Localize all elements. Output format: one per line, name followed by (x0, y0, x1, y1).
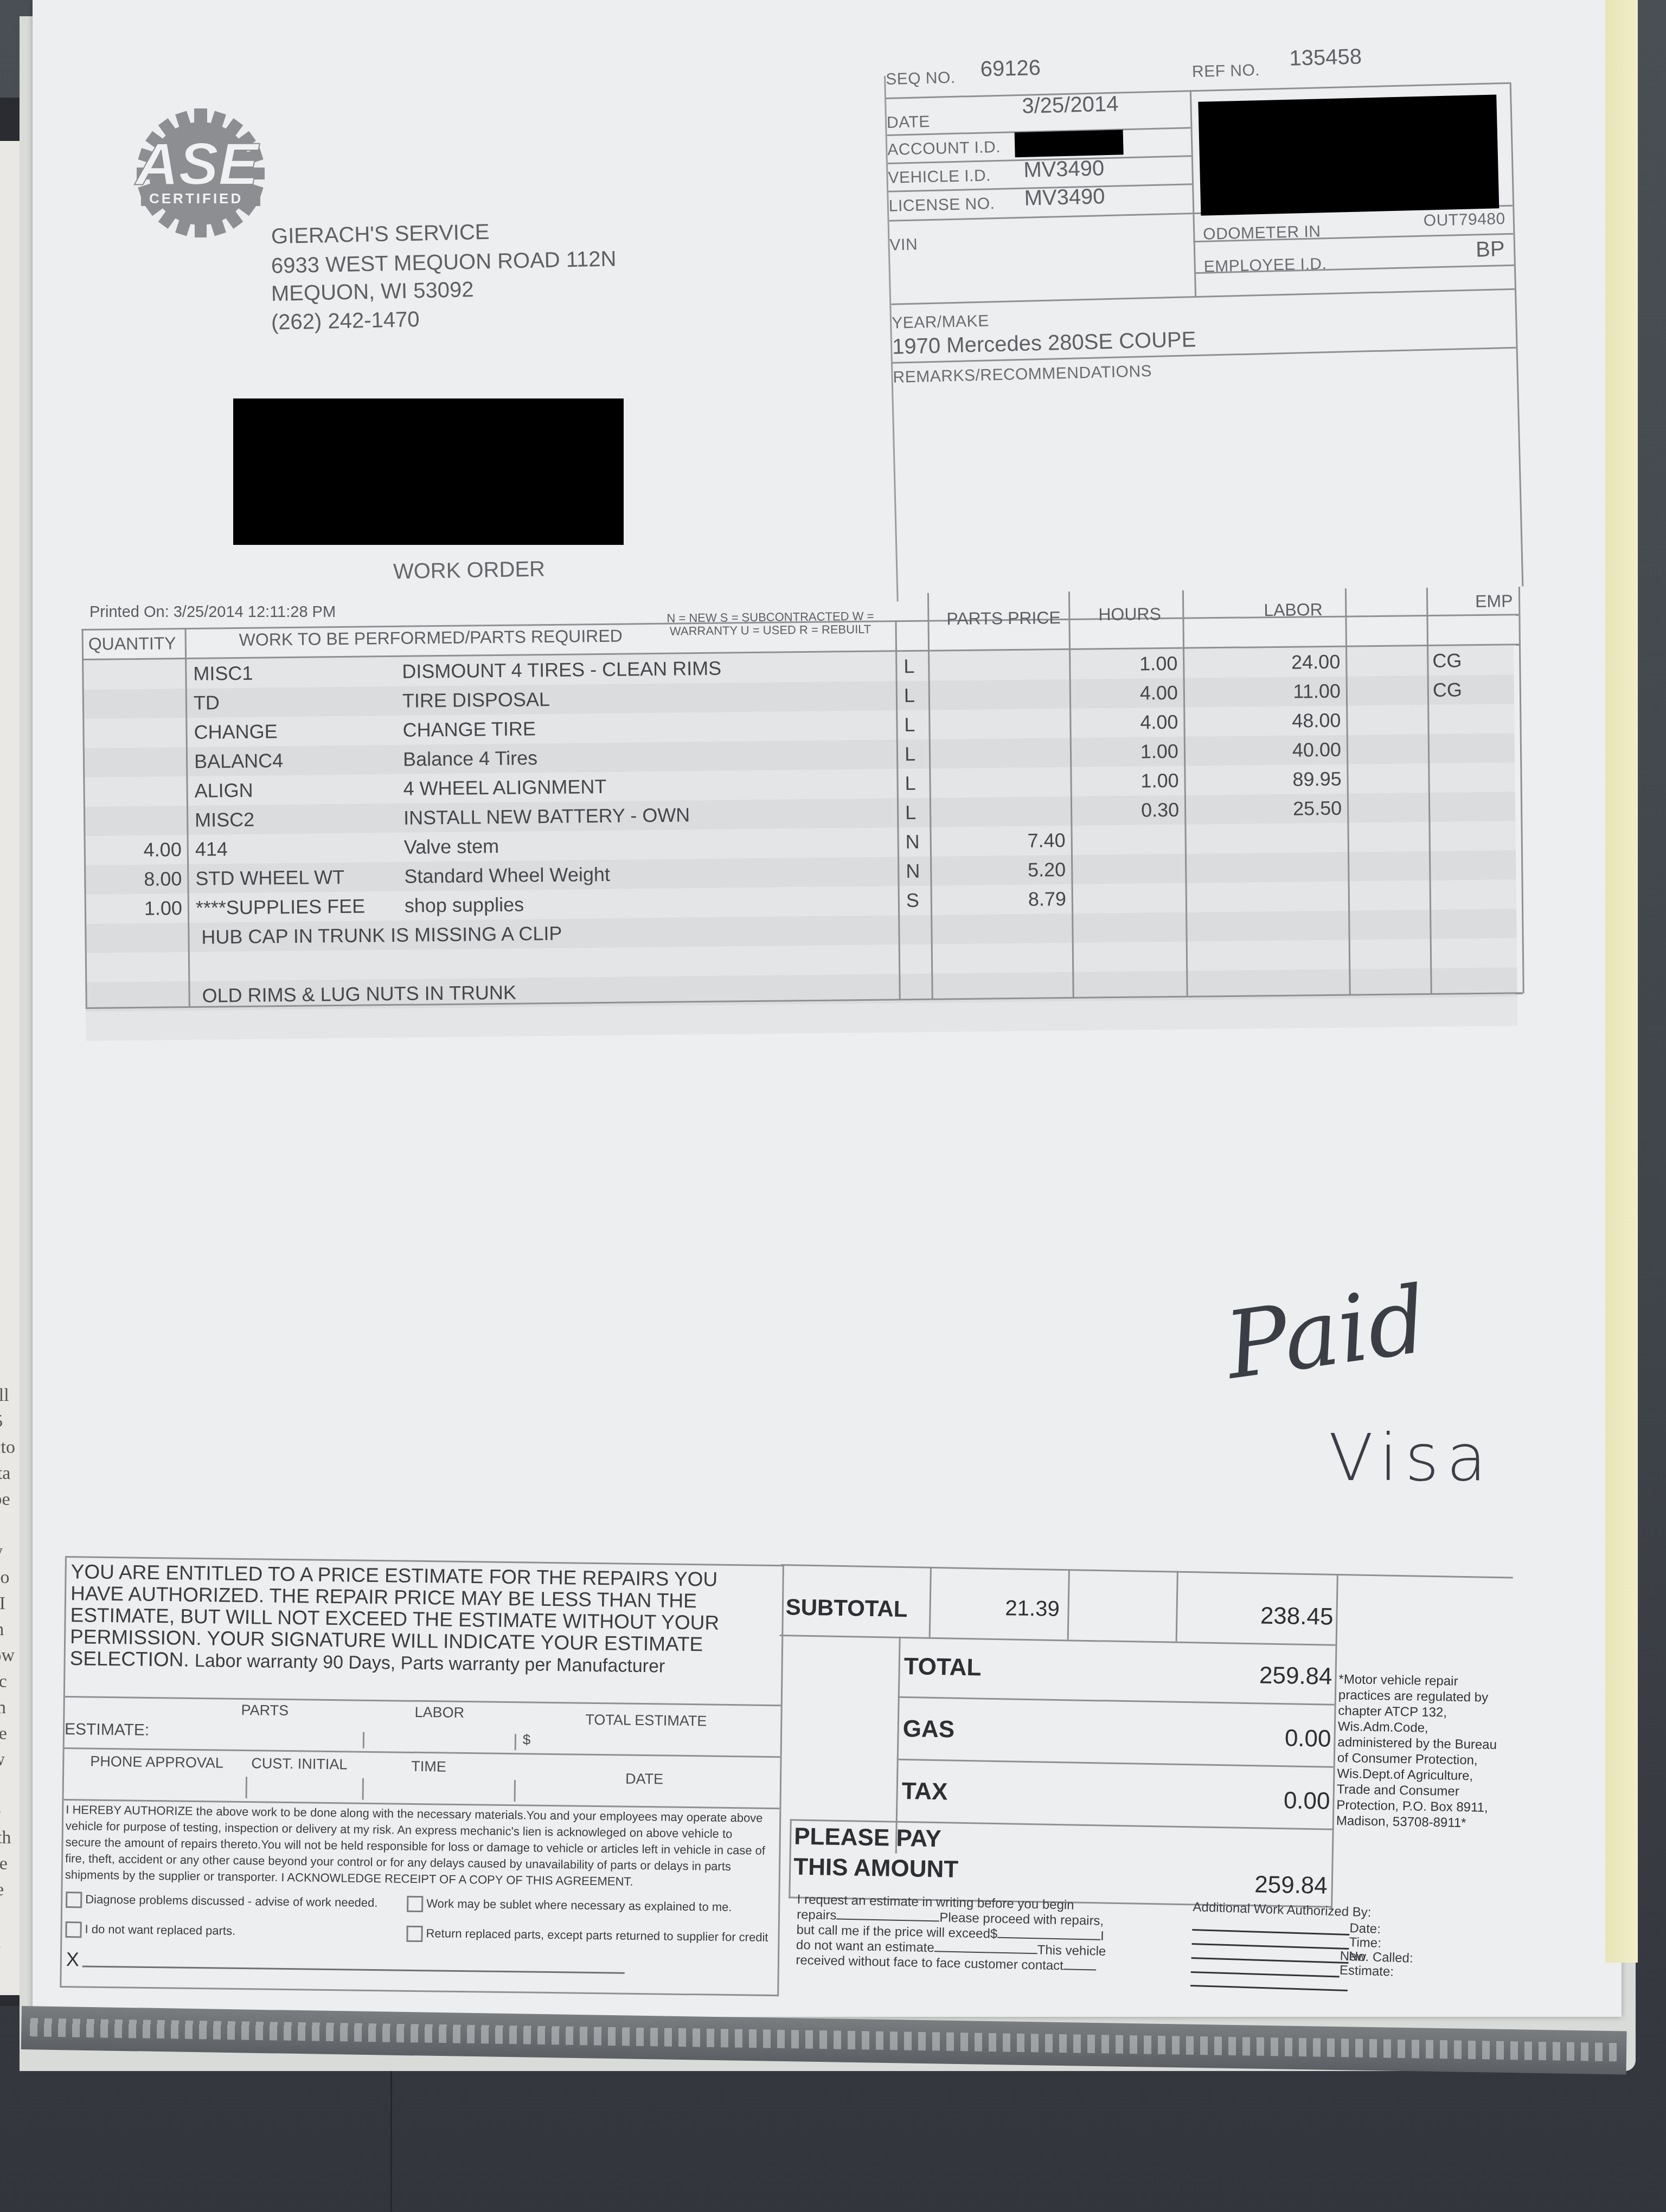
svg-text:ASE: ASE (134, 131, 260, 197)
vin-label: VIN (889, 236, 918, 255)
divider (1510, 82, 1524, 587)
cell-desc: 4 WHEEL ALIGNMENT (403, 775, 606, 800)
checkbox-sublet[interactable]: Work may be sublet where necessary as ex… (407, 1895, 732, 1917)
header-work: WORK TO BE PERFORMED/PARTS REQUIRED (239, 626, 623, 650)
please-pay-line-2: THIS AMOUNT (793, 1853, 959, 1883)
additional-work-fields: Date:Time:No. Called:New Estimate: (1191, 1917, 1420, 1980)
phone-approval-label: PHONE APPROVAL (90, 1753, 223, 1772)
checkbox-no-parts[interactable]: I do not want replaced parts. (65, 1921, 235, 1940)
subtotal-label: SUBTOTAL (785, 1594, 908, 1622)
account-id-redacted (1015, 130, 1124, 157)
est-parts-label: PARTS (241, 1702, 289, 1719)
account-id-label: ACCOUNT I.D. (887, 138, 1001, 159)
yellow-copy-edge (1605, 0, 1638, 1963)
cell-code: TD (194, 691, 220, 715)
year-make-label: YEAR/MAKE (892, 312, 989, 332)
cell-parts-price: 8.79 (936, 888, 1066, 912)
customer-block-redacted (1198, 94, 1499, 215)
employee-id-value: BP (1476, 237, 1505, 262)
divider (1067, 1569, 1070, 1639)
cell-type: L (904, 684, 915, 707)
table-note: HUB CAP IN TRUNK IS MISSING A CLIP (201, 922, 562, 949)
est-labor-label: LABOR (414, 1704, 464, 1721)
subtotal-parts: 21.39 (932, 1595, 1060, 1622)
estimate-box: YOU ARE ENTITLED TO A PRICE ESTIMATE FOR… (60, 1556, 784, 1996)
divider (246, 1777, 247, 1798)
divider (362, 1778, 364, 1800)
divider (1176, 1571, 1178, 1642)
checkbox-diagnose[interactable]: Diagnose problems discussed - advise of … (66, 1891, 378, 1912)
tax-label: TAX (901, 1778, 948, 1805)
ase-certified-logo: ASE CERTIFIED (98, 108, 271, 239)
ref-no-value: 135458 (1289, 44, 1362, 70)
odometer-out-label: OUT (1423, 211, 1459, 230)
estimate-total-field[interactable] (536, 1726, 764, 1751)
header-parts-price: PARTS PRICE (946, 608, 1061, 629)
cell-labor: 11.00 (1189, 680, 1341, 704)
header-quantity: QUANTITY (88, 633, 176, 654)
warranty-text: Labor warranty 90 Days, Parts warranty p… (195, 1650, 665, 1677)
signature-line[interactable] (82, 1965, 625, 1973)
additional-work-label: Time: (1349, 1935, 1381, 1951)
cell-parts-price: 5.20 (935, 858, 1066, 883)
vehicle-id-label: VEHICLE I.D. (888, 166, 991, 188)
checkbox-icon[interactable] (65, 1921, 81, 1938)
request-exceed-field[interactable] (997, 1937, 1100, 1940)
checkbox-icon[interactable] (406, 1926, 422, 1942)
cell-type: L (905, 743, 915, 766)
time-label: TIME (411, 1758, 446, 1776)
cell-hours: 0.30 (1076, 799, 1179, 822)
header-labor: LABOR (1264, 600, 1323, 620)
additional-work-label: New Estimate: (1340, 1950, 1420, 1980)
signature-mark: X (66, 1948, 80, 1971)
divider (515, 1734, 516, 1750)
totals-box: SUBTOTAL 21.39 238.45 TOTAL 259.84 GAS 0… (775, 1564, 1486, 1913)
shop-address-2: MEQUON, WI 53092 (271, 278, 474, 306)
document-title: WORK ORDER (393, 557, 546, 584)
request-i-label: I (1100, 1929, 1104, 1944)
estimate-label: ESTIMATE: (65, 1720, 150, 1740)
license-no-label: LICENSE NO. (888, 195, 995, 216)
cell-code: MISC1 (193, 662, 253, 685)
cell-desc: DISMOUNT 4 TIRES - CLEAN RIMS (402, 657, 721, 683)
checkbox-label: Return replaced parts, except parts retu… (426, 1926, 768, 1944)
gas-label: GAS (902, 1715, 954, 1744)
additional-work: Additional Work Authorized By: Date:Time… (1190, 1900, 1421, 1994)
request-no-estimate-label: do not want an estimate (796, 1938, 934, 1955)
svg-text:CERTIFIED: CERTIFIED (149, 190, 243, 207)
cell-type: N (906, 860, 920, 883)
request-no-contact-field[interactable] (1063, 1969, 1096, 1970)
shop-name: GIERACH'S SERVICE (271, 220, 490, 249)
total-label: TOTAL (904, 1653, 981, 1681)
gas-value: 0.00 (1179, 1723, 1331, 1753)
checkbox-label: Diagnose problems discussed - advise of … (85, 1893, 378, 1910)
subtotal-labor: 238.45 (1181, 1601, 1334, 1631)
header-box: SEQ NO. 69126 REF NO. 135458 DATE 3/25/2… (884, 61, 1522, 602)
cell-desc: TIRE DISPOSAL (402, 688, 550, 712)
underlying-page-text: Call 3-5 facto e Ita mbe -H ory ge o ds … (0, 1382, 15, 1981)
request-vehicle-label: This vehicle (1037, 1943, 1106, 1959)
ref-no-label: REF NO. (1192, 61, 1260, 81)
license-no-value: MV3490 (1024, 184, 1105, 211)
cell-code: STD WHEEL WT (195, 866, 344, 890)
cell-type: N (906, 831, 920, 853)
table-body: MISC1DISMOUNT 4 TIRES - CLEAN RIMSL1.002… (82, 645, 1523, 1007)
cell-emp: CG (1432, 649, 1462, 672)
checkbox-label: Work may be sublet where necessary as ex… (426, 1896, 732, 1914)
cell-labor: 40.00 (1189, 738, 1341, 763)
cell-hours: 4.00 (1075, 711, 1178, 735)
total-value: 259.84 (1180, 1661, 1332, 1690)
estimate-dollar: $ (523, 1731, 531, 1748)
customer-address-redacted (233, 398, 624, 545)
handwritten-visa: Visa (1329, 1420, 1494, 1496)
remarks-label: REMARKS/RECOMMENDATIONS (893, 362, 1152, 387)
cell-hours: 1.00 (1075, 740, 1178, 764)
cell-type: L (904, 713, 915, 736)
authorization-text: I HEREBY AUTHORIZE the above work to be … (65, 1802, 771, 1892)
shop-phone: (262) 242-1470 (271, 307, 420, 335)
cell-hours: 1.00 (1075, 769, 1178, 793)
divider (929, 1567, 932, 1637)
cell-desc: Valve stem (404, 835, 499, 859)
divider (898, 1696, 1335, 1706)
request-repairs-label: repairs (797, 1907, 837, 1923)
cell-qty: 1.00 (85, 897, 182, 921)
divider (1190, 90, 1196, 296)
request-no-estimate-field[interactable] (934, 1951, 1037, 1954)
divider (514, 1780, 516, 1802)
cell-type: L (905, 772, 915, 795)
divider (781, 1564, 1513, 1579)
checkbox-label: I do not want replaced parts. (85, 1922, 235, 1937)
please-pay-line-1: PLEASE PAY (794, 1823, 941, 1853)
divider (891, 288, 1515, 305)
tax-value: 0.00 (1178, 1785, 1330, 1815)
cell-type: L (904, 655, 914, 678)
cell-code: BALANC4 (194, 749, 284, 773)
divider (780, 1635, 1336, 1646)
divider (363, 1732, 364, 1748)
work-table: QUANTITY WORK TO BE PERFORMED/PARTS REQU… (81, 587, 1523, 1014)
estimate-notice: YOU ARE ENTITLED TO A PRICE ESTIMATE FOR… (69, 1561, 721, 1678)
cell-hours: 4.00 (1075, 681, 1178, 705)
cell-parts-price: 7.40 (935, 829, 1066, 853)
request-repairs-field[interactable] (836, 1919, 939, 1922)
cell-qty: 4.00 (84, 838, 182, 862)
cell-code: CHANGE (194, 720, 277, 744)
cell-code: ****SUPPLIES FEE (196, 895, 366, 919)
cell-hours: 1.00 (1074, 652, 1177, 676)
cell-labor: 48.00 (1189, 709, 1341, 734)
checkbox-icon[interactable] (66, 1892, 82, 1908)
cell-code: ALIGN (194, 779, 253, 802)
please-pay-value: 259.84 (1170, 1870, 1328, 1900)
cell-qty: 8.00 (84, 867, 182, 891)
legend-line-2: WARRANTY U = USED R = REBUILT (657, 622, 885, 638)
authorization-lead: I HEREBY AUTHORIZE (66, 1803, 193, 1818)
cell-code: 414 (195, 838, 228, 861)
year-make-value: 1970 Mercedes 280SE COUPE (892, 327, 1196, 359)
work-order-page: ASE CERTIFIED GIERACH'S SERVICE 6933 WES… (33, 0, 1622, 2017)
cell-desc: CHANGE TIRE (402, 717, 536, 742)
header-type-legend: N = NEW S = SUBCONTRACTED W = WARRANTY U… (656, 610, 884, 638)
seq-no-value: 69126 (980, 56, 1041, 82)
checkbox-icon[interactable] (407, 1896, 423, 1912)
odometer-out-value: 79480 (1458, 210, 1505, 229)
ase-certified-gear-icon: ASE CERTIFIED (98, 108, 271, 239)
cell-desc: INSTALL NEW BATTERY - OWN (403, 803, 690, 829)
cell-type: L (905, 801, 916, 824)
cell-desc: shop supplies (405, 893, 524, 917)
date-label: DATE (625, 1771, 663, 1788)
cell-emp: CG (1433, 678, 1462, 702)
checkbox-return-parts[interactable]: Return replaced parts, except parts retu… (406, 1925, 768, 1946)
cell-labor: 24.00 (1188, 651, 1340, 675)
date-label: DATE (887, 113, 931, 132)
cell-labor: 25.50 (1190, 797, 1342, 821)
cell-code: MISC2 (195, 808, 254, 832)
cell-type: S (906, 889, 919, 912)
header-emp: EMP (1475, 591, 1513, 612)
divider (897, 1759, 1334, 1768)
handwritten-paid: Paid (1219, 1266, 1433, 1400)
header-hours: HOURS (1098, 604, 1161, 625)
estimate-request: I request an estimate in writing before … (796, 1892, 1133, 1975)
regulation-note: *Motor vehicle repair practices are regu… (1336, 1671, 1502, 1831)
vehicle-id-value: MV3490 (1023, 156, 1105, 183)
cell-desc: Standard Wheel Weight (404, 863, 610, 888)
cust-initial-label: CUST. INITIAL (251, 1755, 347, 1773)
additional-work-label: Date: (1349, 1921, 1381, 1937)
date-value: 3/25/2014 (1022, 92, 1119, 118)
shop-address-1: 6933 WEST MEQUON ROAD 112N (271, 247, 617, 278)
seq-no-label: SEQ NO. (886, 69, 956, 89)
cell-labor: 89.95 (1189, 768, 1341, 792)
cell-desc: Balance 4 Tires (403, 747, 538, 771)
